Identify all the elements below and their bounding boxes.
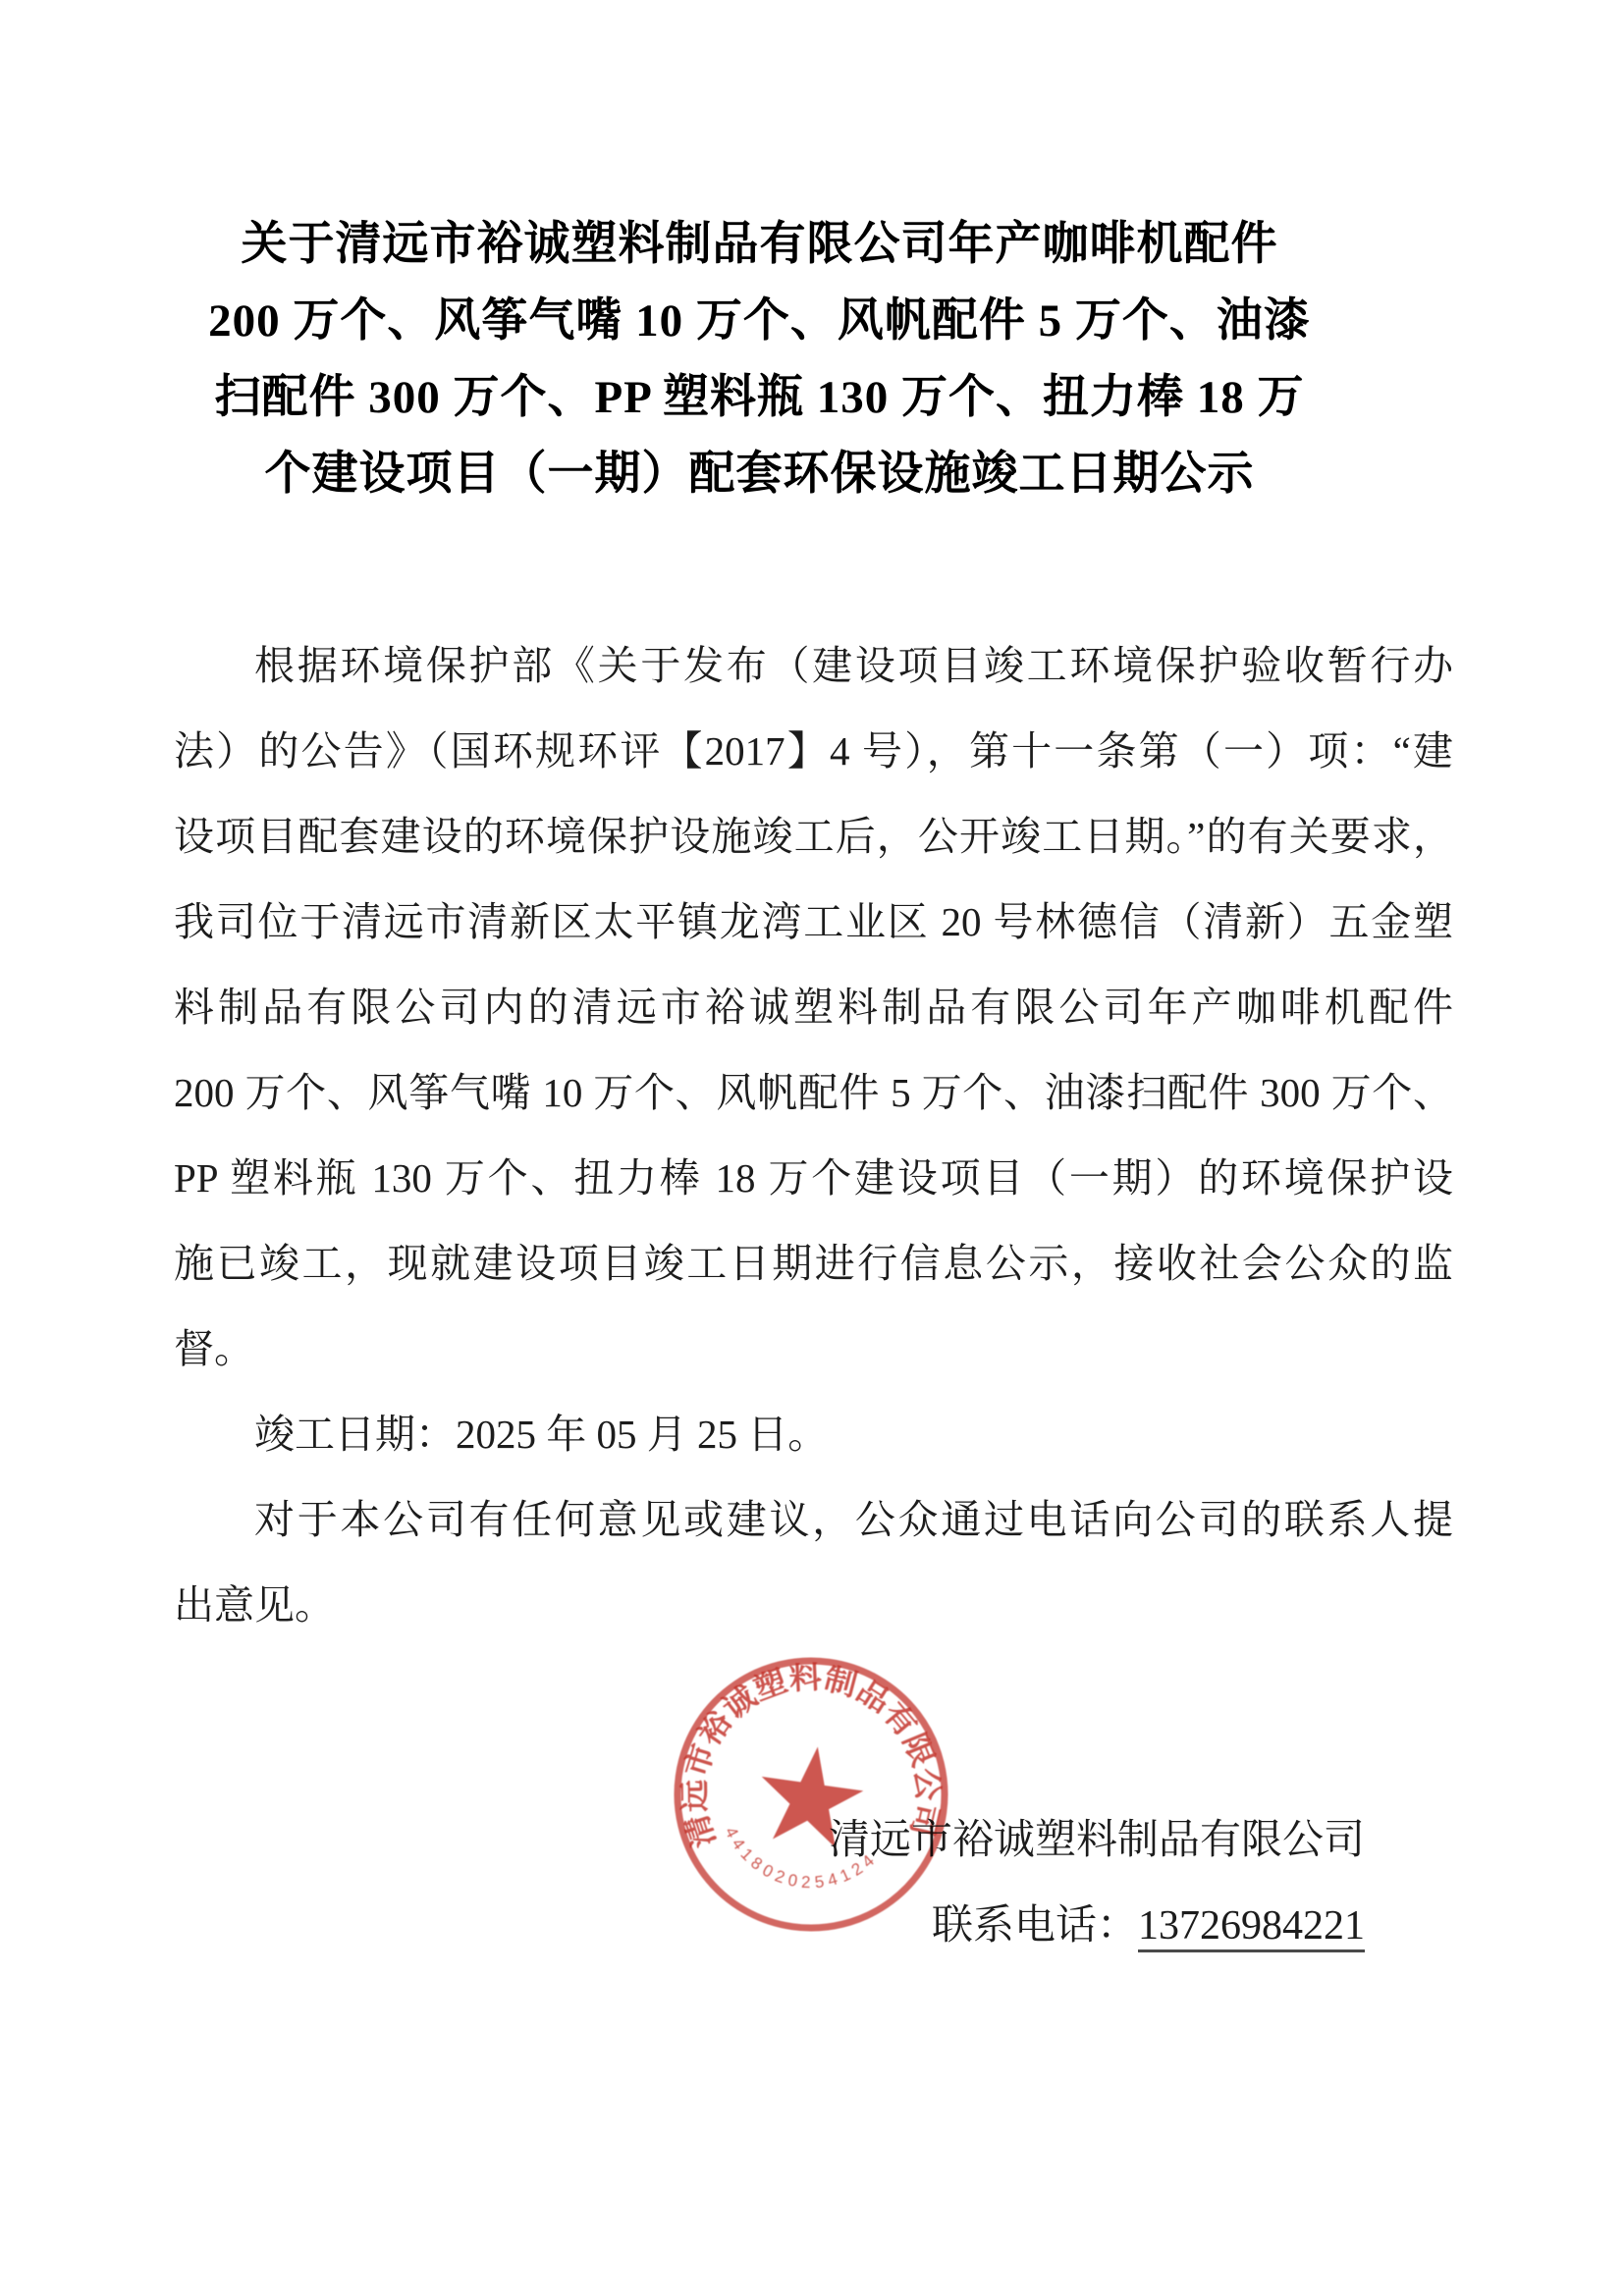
paragraph-2: 对于本公司有任何意见或建议，公众通过电话向公司的联系人提 出意见。 bbox=[174, 1477, 1453, 1648]
contact-label: 联系电话： bbox=[932, 1903, 1138, 1949]
paragraph-line: 法）的公告》（国环规环评【2017】4 号），第十一条第（一）项：“建 bbox=[174, 709, 1453, 794]
title-line-2: 200 万个、风筝气嘴 10 万个、风帆配件 5 万个、油漆 bbox=[174, 283, 1345, 359]
paragraph-line: 根据环境保护部《关于发布（建设项目竣工环境保护验收暂行办 bbox=[174, 623, 1453, 709]
paragraph-line: 我司位于清远市清新区太平镇龙湾工业区 20 号林德信（清新）五金塑 bbox=[174, 880, 1453, 965]
signature-company: 清远市裕诚塑料制品有限公司 bbox=[174, 1798, 1365, 1884]
contact-line: 联系电话：13726984221 bbox=[174, 1884, 1365, 1969]
document-page: 关于清远市裕诚塑料制品有限公司年产咖啡机配件 200 万个、风筝气嘴 10 万个… bbox=[0, 0, 1624, 2296]
document-body: 根据环境保护部《关于发布（建设项目竣工环境保护验收暂行办 法）的公告》（国环规环… bbox=[174, 623, 1453, 1648]
title-line-1: 关于清远市裕诚塑料制品有限公司年产咖啡机配件 bbox=[174, 206, 1345, 283]
contact-phone[interactable]: 13726984221 bbox=[1138, 1903, 1365, 1952]
title-line-3: 扫配件 300 万个、PP 塑料瓶 130 万个、扭力棒 18 万 bbox=[174, 359, 1345, 436]
paragraph-line: 对于本公司有任何意见或建议，公众通过电话向公司的联系人提 bbox=[174, 1477, 1453, 1563]
title-line-4: 个建设项目（一期）配套环保设施竣工日期公示 bbox=[174, 436, 1345, 512]
paragraph-line: 200 万个、风筝气嘴 10 万个、风帆配件 5 万个、油漆扫配件 300 万个… bbox=[174, 1050, 1453, 1136]
paragraph-line: 设项目配套建设的环境保护设施竣工后，公开竣工日期。”的有关要求， bbox=[174, 794, 1453, 880]
paragraph-line: 施已竣工，现就建设项目竣工日期进行信息公示，接收社会公众的监 bbox=[174, 1221, 1453, 1307]
completion-date: 竣工日期：2025 年 05 月 25 日。 bbox=[174, 1392, 1453, 1477]
paragraph-line: 督。 bbox=[174, 1307, 1453, 1392]
paragraph-line: 料制品有限公司内的清远市裕诚塑料制品有限公司年产咖啡机配件 bbox=[174, 965, 1453, 1050]
paragraph-1: 根据环境保护部《关于发布（建设项目竣工环境保护验收暂行办 法）的公告》（国环规环… bbox=[174, 623, 1453, 1392]
paragraph-line: 出意见。 bbox=[174, 1563, 1453, 1648]
signature-block: 清远市裕诚塑料制品有限公司 联系电话：13726984221 bbox=[174, 1798, 1453, 1969]
paragraph-line: PP 塑料瓶 130 万个、扭力棒 18 万个建设项目（一期）的环境保护设 bbox=[174, 1136, 1453, 1221]
document-title: 关于清远市裕诚塑料制品有限公司年产咖啡机配件 200 万个、风筝气嘴 10 万个… bbox=[174, 206, 1345, 512]
